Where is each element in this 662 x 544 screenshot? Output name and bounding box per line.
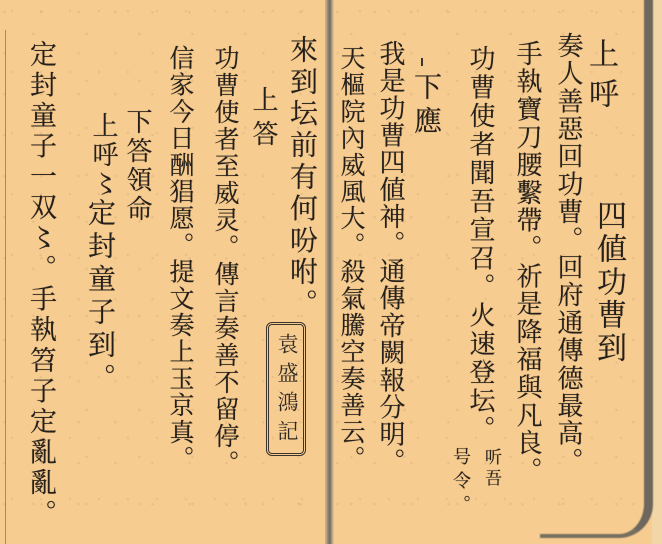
left-col-1-verse: 來到坛前有何吩咐。 [288,35,316,320]
left-col-2-answer-heading: 上答 [250,86,276,154]
right-col-4-small-note-right: 听吾 [482,448,499,490]
page-fold-gutter [325,0,334,544]
right-col-1-callee: 四値功曹到 [593,200,623,365]
seal-stamp-text: 袁盛鴻記 [276,333,297,449]
left-col-3-verse: 功曹使者至威灵。傳言奏善不留停。 [213,45,238,477]
left-col-6-callee: 定封童子到。 [86,198,114,396]
left-col-6-call-heading: 上呼〻 [90,112,116,199]
manuscript-scan: 上呼 四値功曹到 奏人善惡回功曹。回府通傳德最高。 手執寶刀腰繫帶。祈是降福與凡… [0,0,662,544]
right-col-7-verse: 天樞院內威風大。殺氣騰空奏善云。 [339,45,364,472]
right-col-4-small-note-left: 号令。 [451,447,469,519]
right-col-3-verse: 手執寶刀腰繫帶。祈是降福與凡良。 [514,40,540,485]
right-col-6-verse: 我是功曹四値神。通傳帝闕報分明。 [377,40,403,475]
left-col-7-verse: 定封童子一双〻。手執笤子定亂亂。 [27,40,54,530]
section-mark-tick [421,58,423,66]
right-col-1-call-heading: 上呼 [585,38,615,118]
left-page-edge-line [5,30,6,544]
left-col-4-verse: 信家今日酬猖愿。提文奏上玉京真。 [168,45,193,472]
right-col-5-response-heading: 下應 [412,72,440,140]
left-col-5-answer-heading: 下答領命 [124,108,150,224]
page-outer-margin [652,0,662,544]
seal-stamp: 袁盛鴻記 [266,322,306,456]
right-col-2-verse: 奏人善惡回功曹。回府通傳德最高。 [555,32,581,475]
right-col-4-verse: 功曹使者聞吾宣召。火速登坛。 [467,45,493,444]
